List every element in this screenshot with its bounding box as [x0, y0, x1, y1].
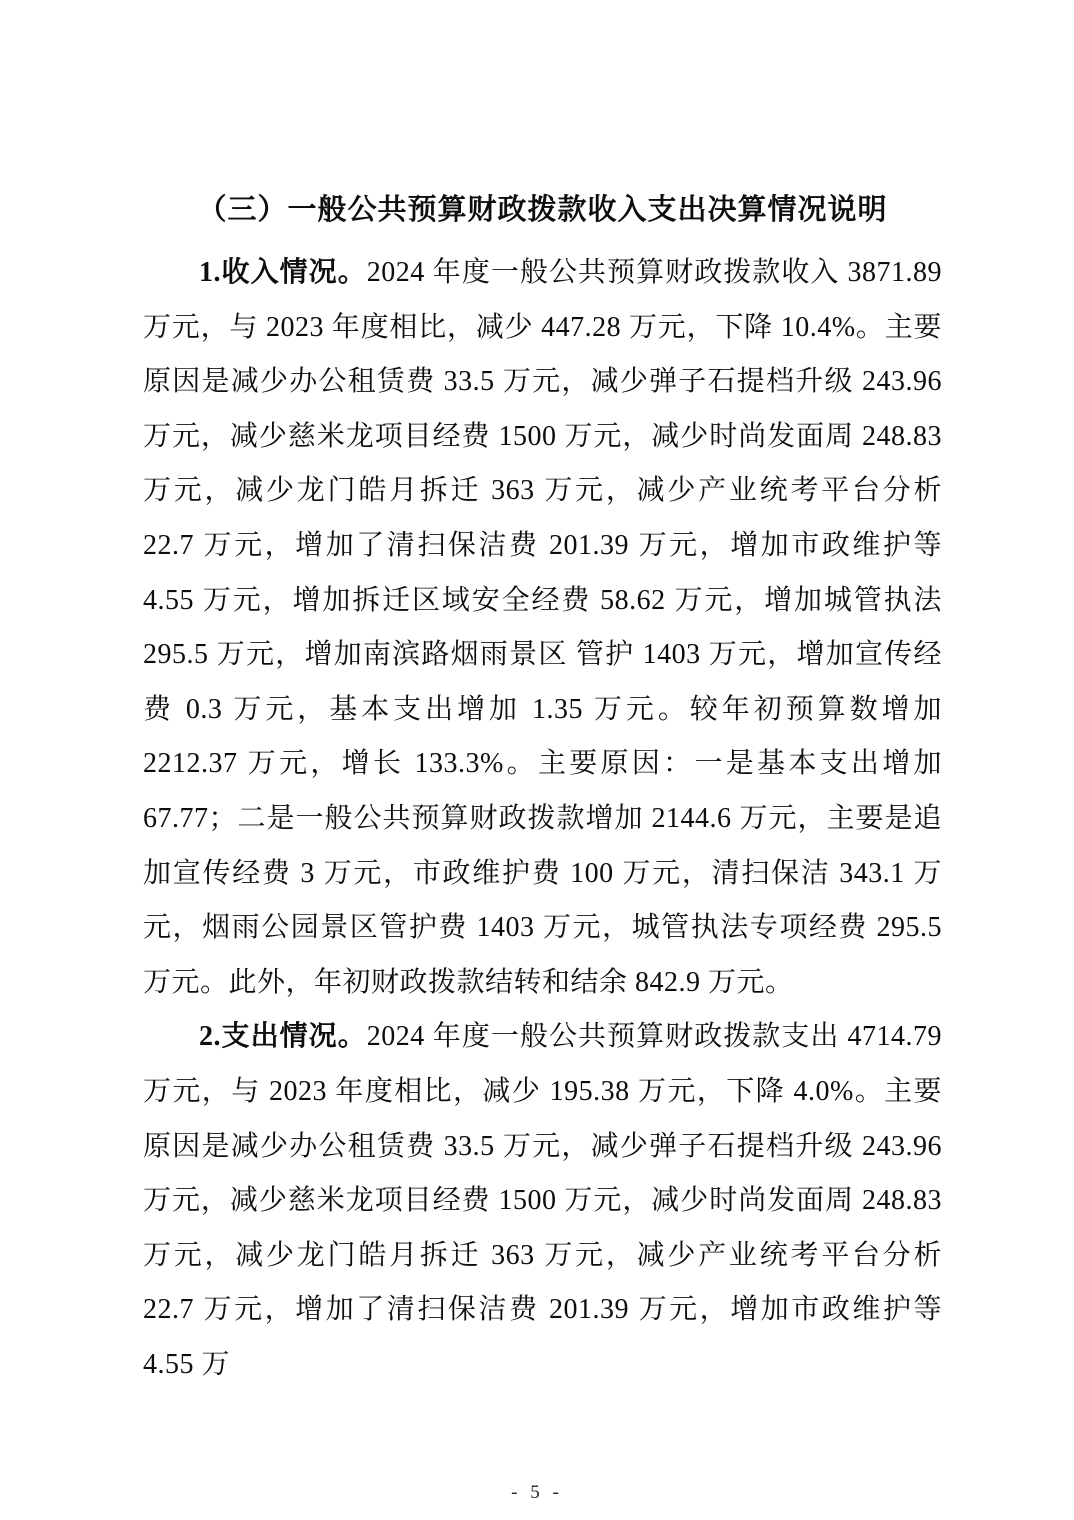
paragraph-income: 1.收入情况。2024 年度一般公共预算财政拨款收入 3871.89 万元，与 … — [143, 246, 942, 1010]
paragraph-expenditure-lead: 2.支出情况。 — [199, 1021, 367, 1052]
paragraph-income-lead: 1.收入情况。 — [199, 257, 367, 288]
section-heading: （三）一般公共预算财政拨款收入支出决算情况说明 — [143, 190, 942, 230]
paragraph-expenditure: 2.支出情况。2024 年度一般公共预算财政拨款支出 4714.79 万元，与 … — [143, 1010, 942, 1392]
paragraph-expenditure-text: 2024 年度一般公共预算财政拨款支出 4714.79 万元，与 2023 年度… — [143, 1021, 942, 1380]
paragraph-income-text: 2024 年度一般公共预算财政拨款收入 3871.89 万元，与 2023 年度… — [143, 257, 942, 998]
page-number: - 5 - — [0, 1482, 1074, 1504]
document-page: （三）一般公共预算财政拨款收入支出决算情况说明 1.收入情况。2024 年度一般… — [0, 0, 1074, 1520]
document-content: （三）一般公共预算财政拨款收入支出决算情况说明 1.收入情况。2024 年度一般… — [143, 190, 942, 1392]
